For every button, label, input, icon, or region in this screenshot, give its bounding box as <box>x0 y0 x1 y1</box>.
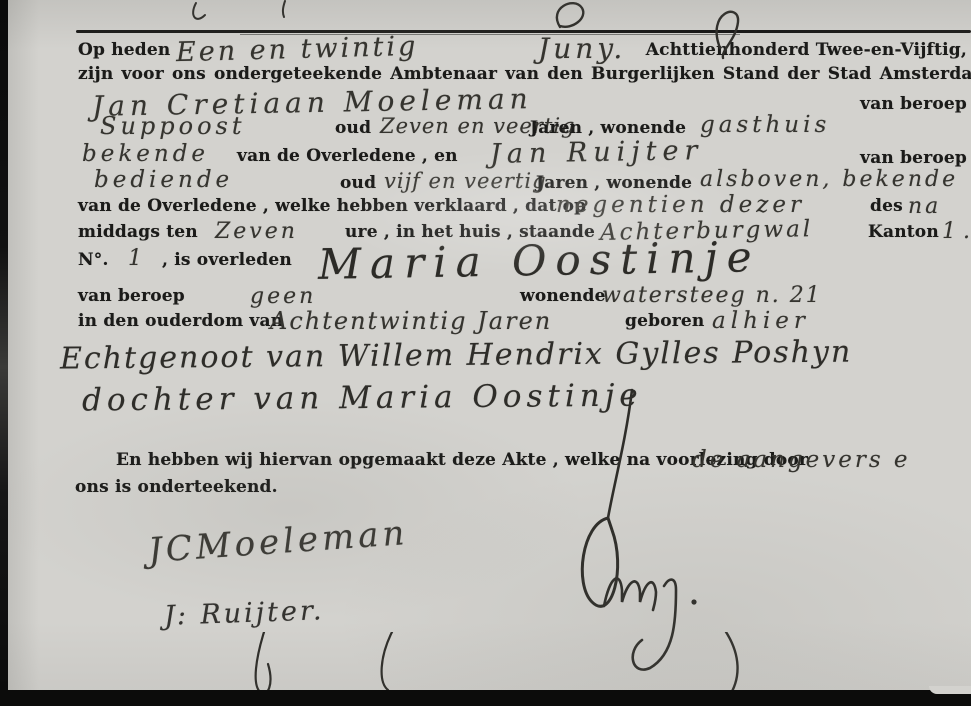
stray-ink-top <box>0 0 971 62</box>
hw-deceased-name: Maria Oostinje <box>318 232 761 289</box>
hw-birthplace: alhier <box>712 308 810 334</box>
hw-hour: Zeven <box>215 219 298 244</box>
death-certificate-scan: Op heden Een en twintig Juny. Achttienho… <box>0 0 971 706</box>
hw-declarant2-occupation: bediende <box>94 167 233 193</box>
hw-declarant1-relation: bekende <box>82 141 209 167</box>
hw-deceased-age: Achtentwintig Jaren <box>270 307 552 335</box>
hw-spouse-line: Echtgenoot van Willem Hendrix Gylles Pos… <box>60 335 853 377</box>
scan-left-edge <box>0 0 8 706</box>
label-closing-2: ons is onderteekend. <box>75 477 278 497</box>
line-declaration: van de Overledene , welke hebben verklaa… <box>78 196 969 224</box>
label-van-beroep-1: van beroep <box>860 94 967 114</box>
line-closing-2: ons is onderteekend. <box>78 477 969 505</box>
label-declaration: van de Overledene , welke hebben verklaa… <box>78 196 586 216</box>
signature-declarant1: JCMoeleman <box>78 522 969 572</box>
hw-deceased-occupation: geen <box>250 284 316 309</box>
hw-death-date: negentien dezer <box>556 192 805 218</box>
scan-bottom-edge <box>0 690 971 706</box>
hw-deceased-residence: watersteeg n. 21 <box>602 283 822 308</box>
line-deceased-name: N°. 1 , is overleden Maria Oostinje <box>78 250 969 290</box>
hw-declarant2-residence: alsboven, bekende <box>700 167 958 192</box>
line-declarant1-name: Jan Cretiaan Moeleman van beroep <box>78 86 969 114</box>
scan-corner-notch <box>929 686 971 694</box>
label-kanton: Kanton <box>868 222 939 242</box>
label-des: des <box>870 196 903 216</box>
label-geboren: geboren <box>625 311 704 331</box>
label-oud-1: oud <box>335 118 371 138</box>
hw-signature-declarant1: JCMoeleman <box>147 513 410 571</box>
label-is-overleden: , is overleden <box>162 250 292 270</box>
hw-daypart: na <box>908 194 941 219</box>
label-van-beroep-deceased: van beroep <box>78 286 185 306</box>
line-closing-1: En hebben wij hiervan opgemaakt deze Akt… <box>78 450 969 478</box>
hw-declarant2-name: Jan Ruijter <box>490 135 704 170</box>
hw-signature-declarant2: J: Ruijter. <box>164 595 325 632</box>
line-mother: dochter van Maria Oostinje <box>78 380 969 422</box>
label-no: N°. <box>78 250 109 270</box>
label-van-beroep-2: van beroep <box>860 148 967 168</box>
line-declarant2-details: bediende oud vijf en veertig Jaren , won… <box>78 169 969 197</box>
hw-house-number: 1 <box>128 246 142 271</box>
label-middags-ten: middags ten <box>78 222 198 242</box>
label-jaren-wonende-2: Jaren , wonende <box>536 173 692 193</box>
label-wonende: wonende <box>520 286 606 306</box>
label-ouderdom: in den ouderdom van <box>78 311 283 331</box>
hw-kanton-number: 1 . <box>942 219 970 244</box>
label-van-de-overledene-en: van de Overledene , en <box>237 146 458 166</box>
label-officials: zijn voor ons ondergeteekende Ambtenaar … <box>78 64 971 84</box>
label-oud-2: oud <box>340 173 376 193</box>
hw-declarant2-age: vijf en veertig <box>384 169 547 193</box>
hw-declarant1-occupation: Suppoost <box>100 112 245 140</box>
line-declarant2-name: bekende van de Overledene , en Jan Ruijt… <box>78 141 969 169</box>
hw-declarant1-residence: gasthuis <box>700 112 830 138</box>
line-spouse: Echtgenoot van Willem Hendrix Gylles Pos… <box>78 338 969 380</box>
